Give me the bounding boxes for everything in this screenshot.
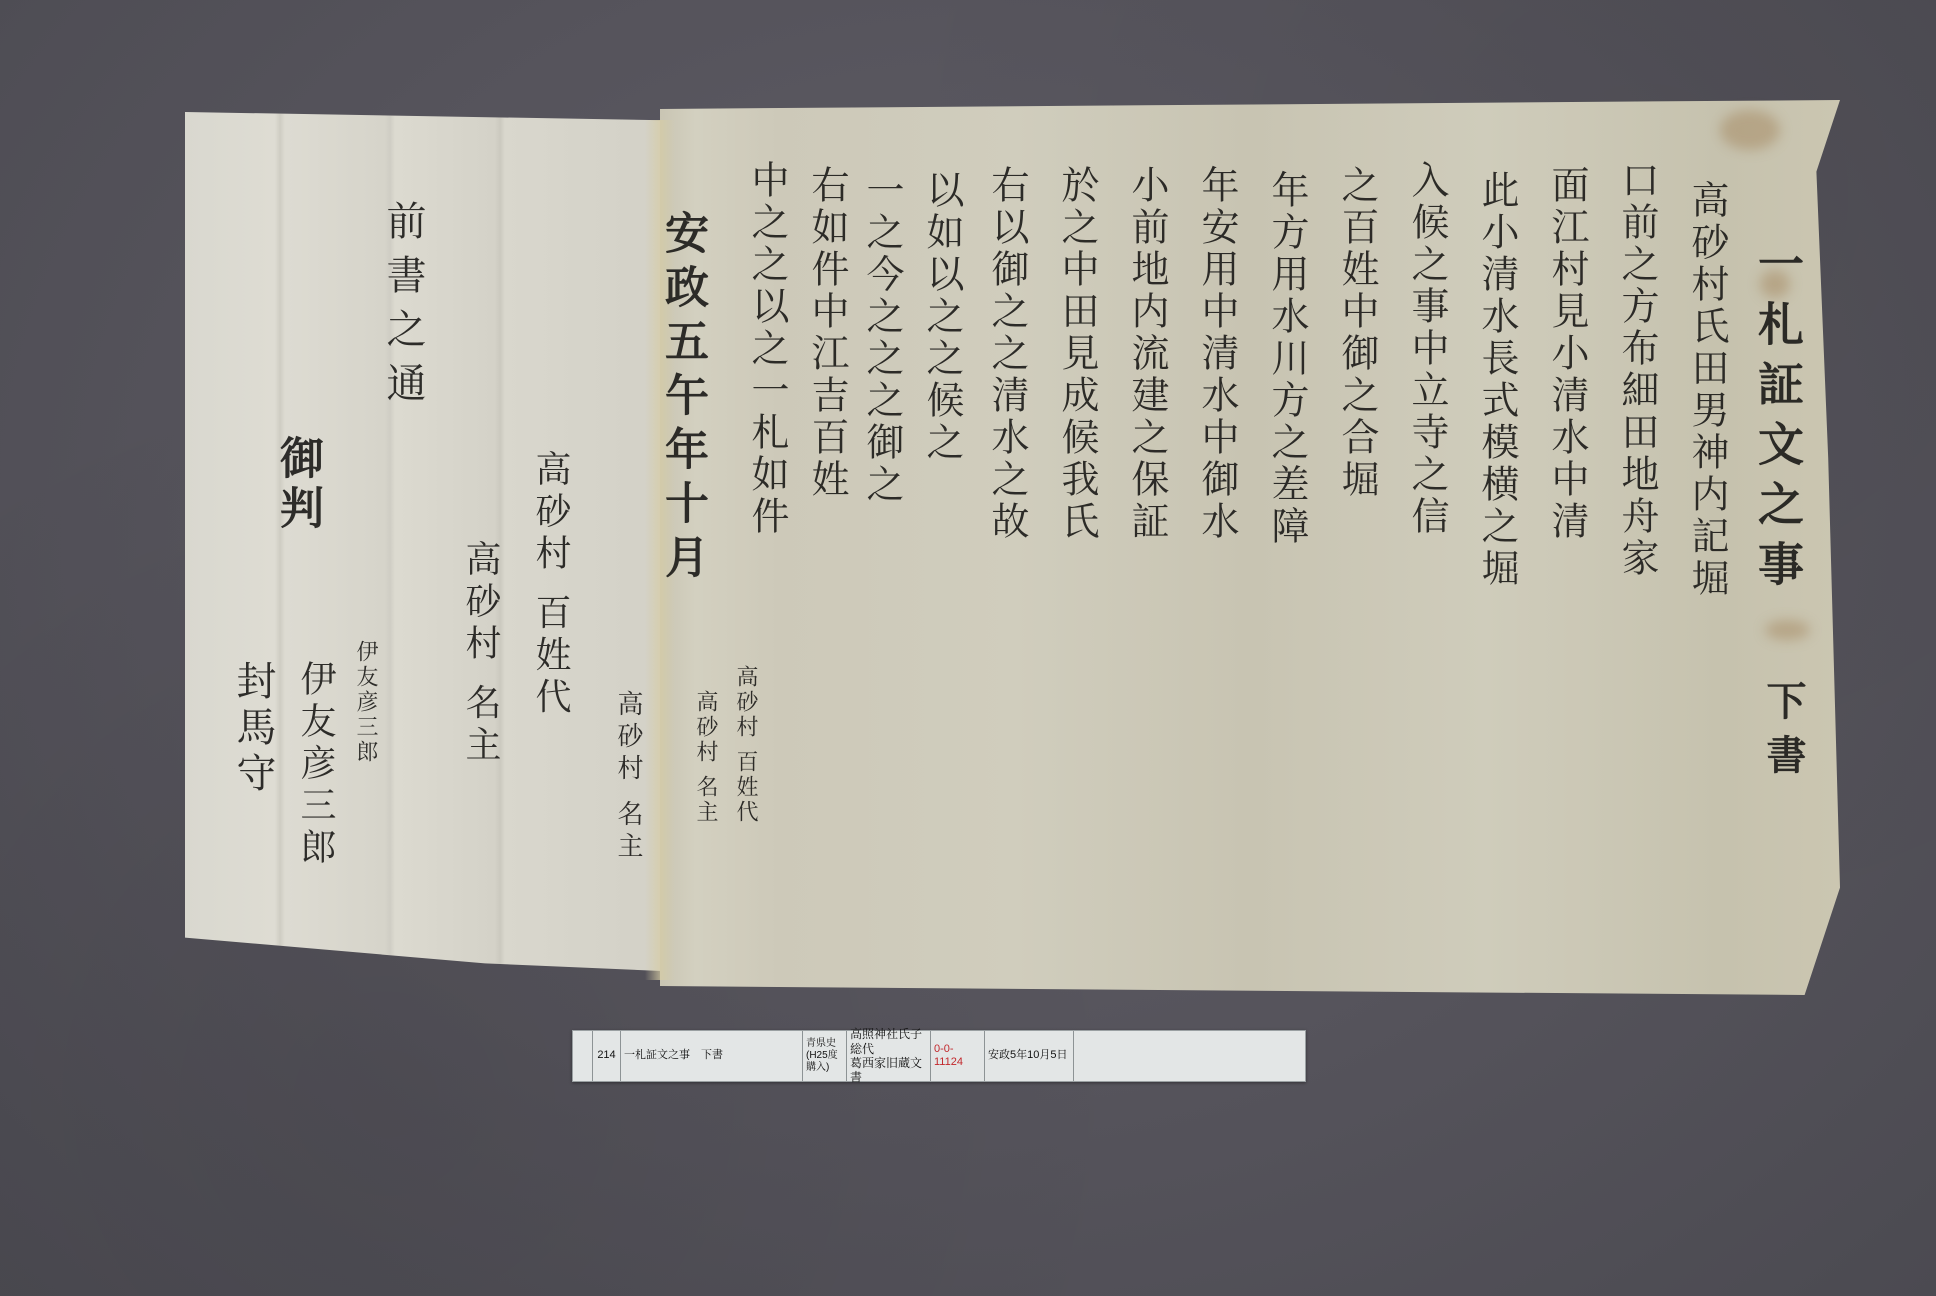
label-number: 214 <box>593 1031 621 1081</box>
official-line: 伊友彦三郎 <box>350 640 381 765</box>
label-catalog-id: 0-0-11124 <box>931 1031 985 1081</box>
label-owner-line2: 葛西家旧蔵文書 <box>850 1056 927 1085</box>
body-column: 右以御之之清水之故 <box>980 165 1035 543</box>
official-name: 伊友彦三郎 <box>290 660 341 870</box>
signature-line: 高砂村 名主 <box>610 690 647 864</box>
body-column: 之百姓中御之合堀 <box>1330 165 1385 501</box>
body-column: 中之之以之一札如件 <box>740 160 795 538</box>
label-date: 安政5年10月5日 <box>985 1031 1074 1081</box>
body-column: 小前地内流建之保証 <box>1120 165 1175 543</box>
label-owner-line1: 高照神社氏子総代 <box>850 1027 927 1056</box>
paper-stain <box>1720 110 1780 150</box>
body-column: 入候之事中立寺之信 <box>1400 160 1455 538</box>
document-subtitle: 下書 <box>1755 680 1812 788</box>
body-column: 此小清水長式模横之堀 <box>1470 170 1525 590</box>
body-column: 右如件中江吉百姓 <box>800 165 855 501</box>
body-column: 於之中田見成候我氏 <box>1050 165 1105 543</box>
body-column: 面江村見小清水中清 <box>1540 165 1595 543</box>
body-column: 口前之方布細田地舟家 <box>1610 160 1665 580</box>
catalog-label: 214 一札証文之事 下書 青県史(H25度購入) 高照神社氏子総代 葛西家旧蔵… <box>572 1030 1306 1082</box>
body-column: 以如以之之候之 <box>915 170 970 464</box>
label-owner: 高照神社氏子総代 葛西家旧蔵文書 <box>847 1031 931 1081</box>
body-column: 年安用中清水中御水 <box>1190 165 1245 543</box>
seal-mark: 御判 <box>265 435 329 535</box>
document-title: 一札証文之事 <box>1745 240 1811 600</box>
body-column: 高砂村氏田男神内記堀 <box>1680 180 1735 600</box>
document-date: 安政五午年十月 <box>650 210 714 588</box>
body-column: 年方用水川方之差障 <box>1260 170 1315 548</box>
official-title: 封馬守 <box>225 660 282 798</box>
label-margin <box>1074 1031 1092 1081</box>
paper-stain <box>1765 620 1810 640</box>
signature-line: 高砂村 百姓代 <box>730 665 761 825</box>
body-column: 一之今之之之御之 <box>855 170 910 506</box>
label-title: 一札証文之事 下書 <box>621 1031 803 1081</box>
signature-line: 高砂村 名主 <box>690 690 721 825</box>
endorsement-line: 前書之通 <box>375 200 432 416</box>
label-source: 青県史(H25度購入) <box>803 1031 847 1081</box>
village-name: 高砂村 百姓代 <box>525 450 576 719</box>
addressee-line: 高砂村 名主 <box>455 540 506 767</box>
label-margin <box>573 1031 593 1081</box>
